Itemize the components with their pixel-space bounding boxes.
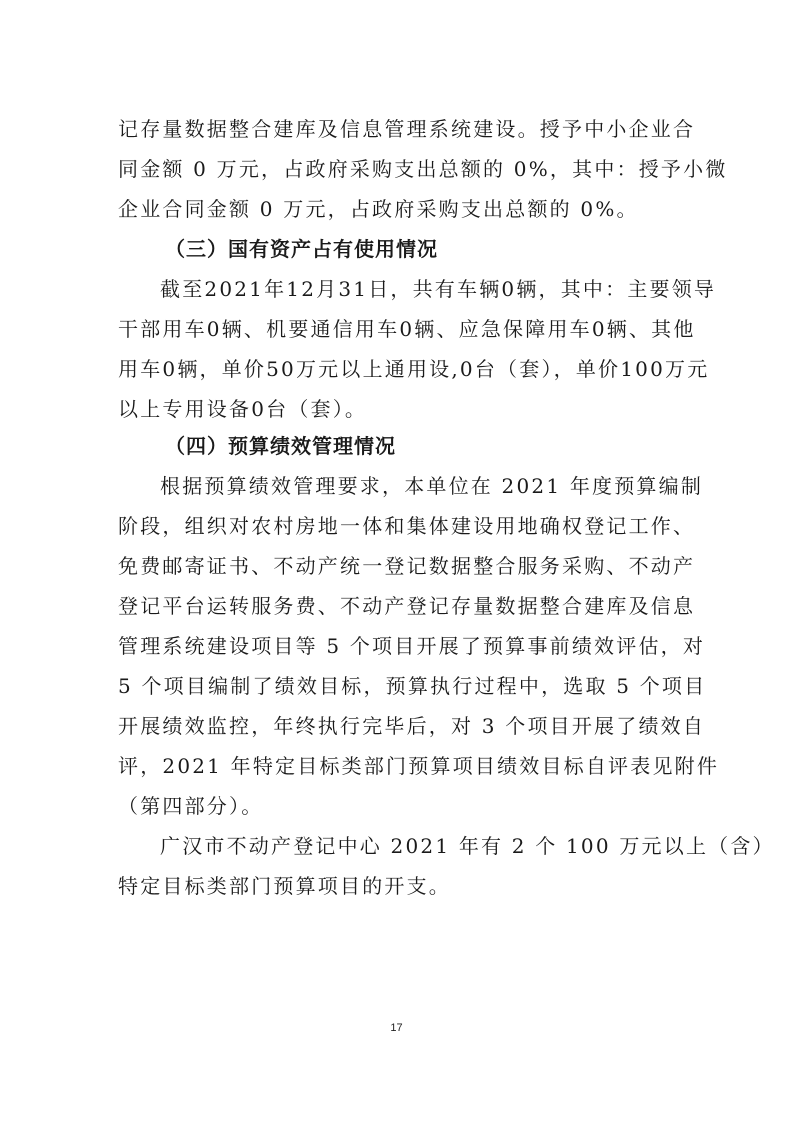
paragraph-line: 企业合同金额 0 万元，占政府采购支出总额的 0%。 xyxy=(118,196,678,222)
paragraph-line: 5 个项目编制了绩效目标，预算执行过程中，选取 5 个项目 xyxy=(118,673,678,699)
section-heading-3: （三）国有资产占有使用情况 xyxy=(165,236,725,262)
paragraph-line: 特定目标类部门预算项目的开支。 xyxy=(118,873,678,899)
paragraph-line: 阶段，组织对农村房地一体和集体建设用地确权登记工作、 xyxy=(118,513,678,539)
section-heading-4: （四）预算绩效管理情况 xyxy=(165,433,725,459)
paragraph-line: 记存量数据整合建库及信息管理系统建设。授予中小企业合 xyxy=(118,116,678,142)
paragraph-line: 用车0辆，单价50万元以上通用设,0台（套），单价100万元 xyxy=(118,356,678,382)
paragraph-line: 登记平台运转服务费、不动产登记存量数据整合建库及信息 xyxy=(118,593,678,619)
paragraph-line: 截至2021年12月31日，共有车辆0辆，其中：主要领导 xyxy=(160,276,720,302)
paragraph-line: 根据预算绩效管理要求，本单位在 2021 年度预算编制 xyxy=(160,473,720,499)
paragraph-line: 评，2021 年特定目标类部门预算项目绩效目标自评表见附件 xyxy=(118,753,678,779)
page-number: 17 xyxy=(0,1022,793,1034)
paragraph-line: 开展绩效监控，年终执行完毕后，对 3 个项目开展了绩效自 xyxy=(118,713,678,739)
paragraph-line: 以上专用设备0台（套）。 xyxy=(118,396,678,422)
paragraph-line: 同金额 0 万元，占政府采购支出总额的 0%，其中：授予小微 xyxy=(118,156,678,182)
paragraph-line: 管理系统建设项目等 5 个项目开展了预算事前绩效评估，对 xyxy=(118,633,678,659)
paragraph-line: （第四部分）。 xyxy=(118,793,678,819)
document-page: 记存量数据整合建库及信息管理系统建设。授予中小企业合 同金额 0 万元，占政府采… xyxy=(0,0,793,1122)
paragraph-line: 干部用车0辆、机要通信用车0辆、应急保障用车0辆、其他 xyxy=(118,316,678,342)
paragraph-line: 免费邮寄证书、不动产统一登记数据整合服务采购、不动产 xyxy=(118,553,678,579)
paragraph-line: 广汉市不动产登记中心 2021 年有 2 个 100 万元以上（含） xyxy=(160,833,720,859)
